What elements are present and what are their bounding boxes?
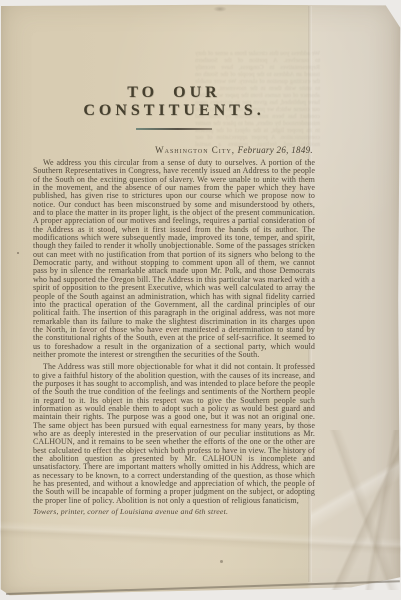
dateline-place: Washington City,: [155, 145, 235, 155]
ink-smudge: [213, 6, 227, 12]
dateline: Washington City, February 26, 1849.: [33, 145, 315, 155]
paragraph-1: We address you this circular from a sens…: [33, 159, 315, 359]
paper-speck: [220, 560, 223, 563]
corner-crumple-creases: [311, 430, 399, 590]
printed-content: TO OUR CONSTITUENTS. Washington City, Fe…: [33, 84, 315, 516]
dateline-date: February 26, 1849.: [238, 145, 313, 155]
paragraph-2: The Address was still more objectionable…: [33, 363, 315, 505]
scan-background: We address you this circular from a sens…: [0, 0, 401, 600]
paper-speck: [17, 252, 19, 254]
title-divider-rule: [136, 128, 212, 130]
printer-imprint-line: Towers, printer, corner of Louisiana ave…: [33, 507, 315, 516]
page-title: TO OUR CONSTITUENTS.: [33, 84, 315, 120]
